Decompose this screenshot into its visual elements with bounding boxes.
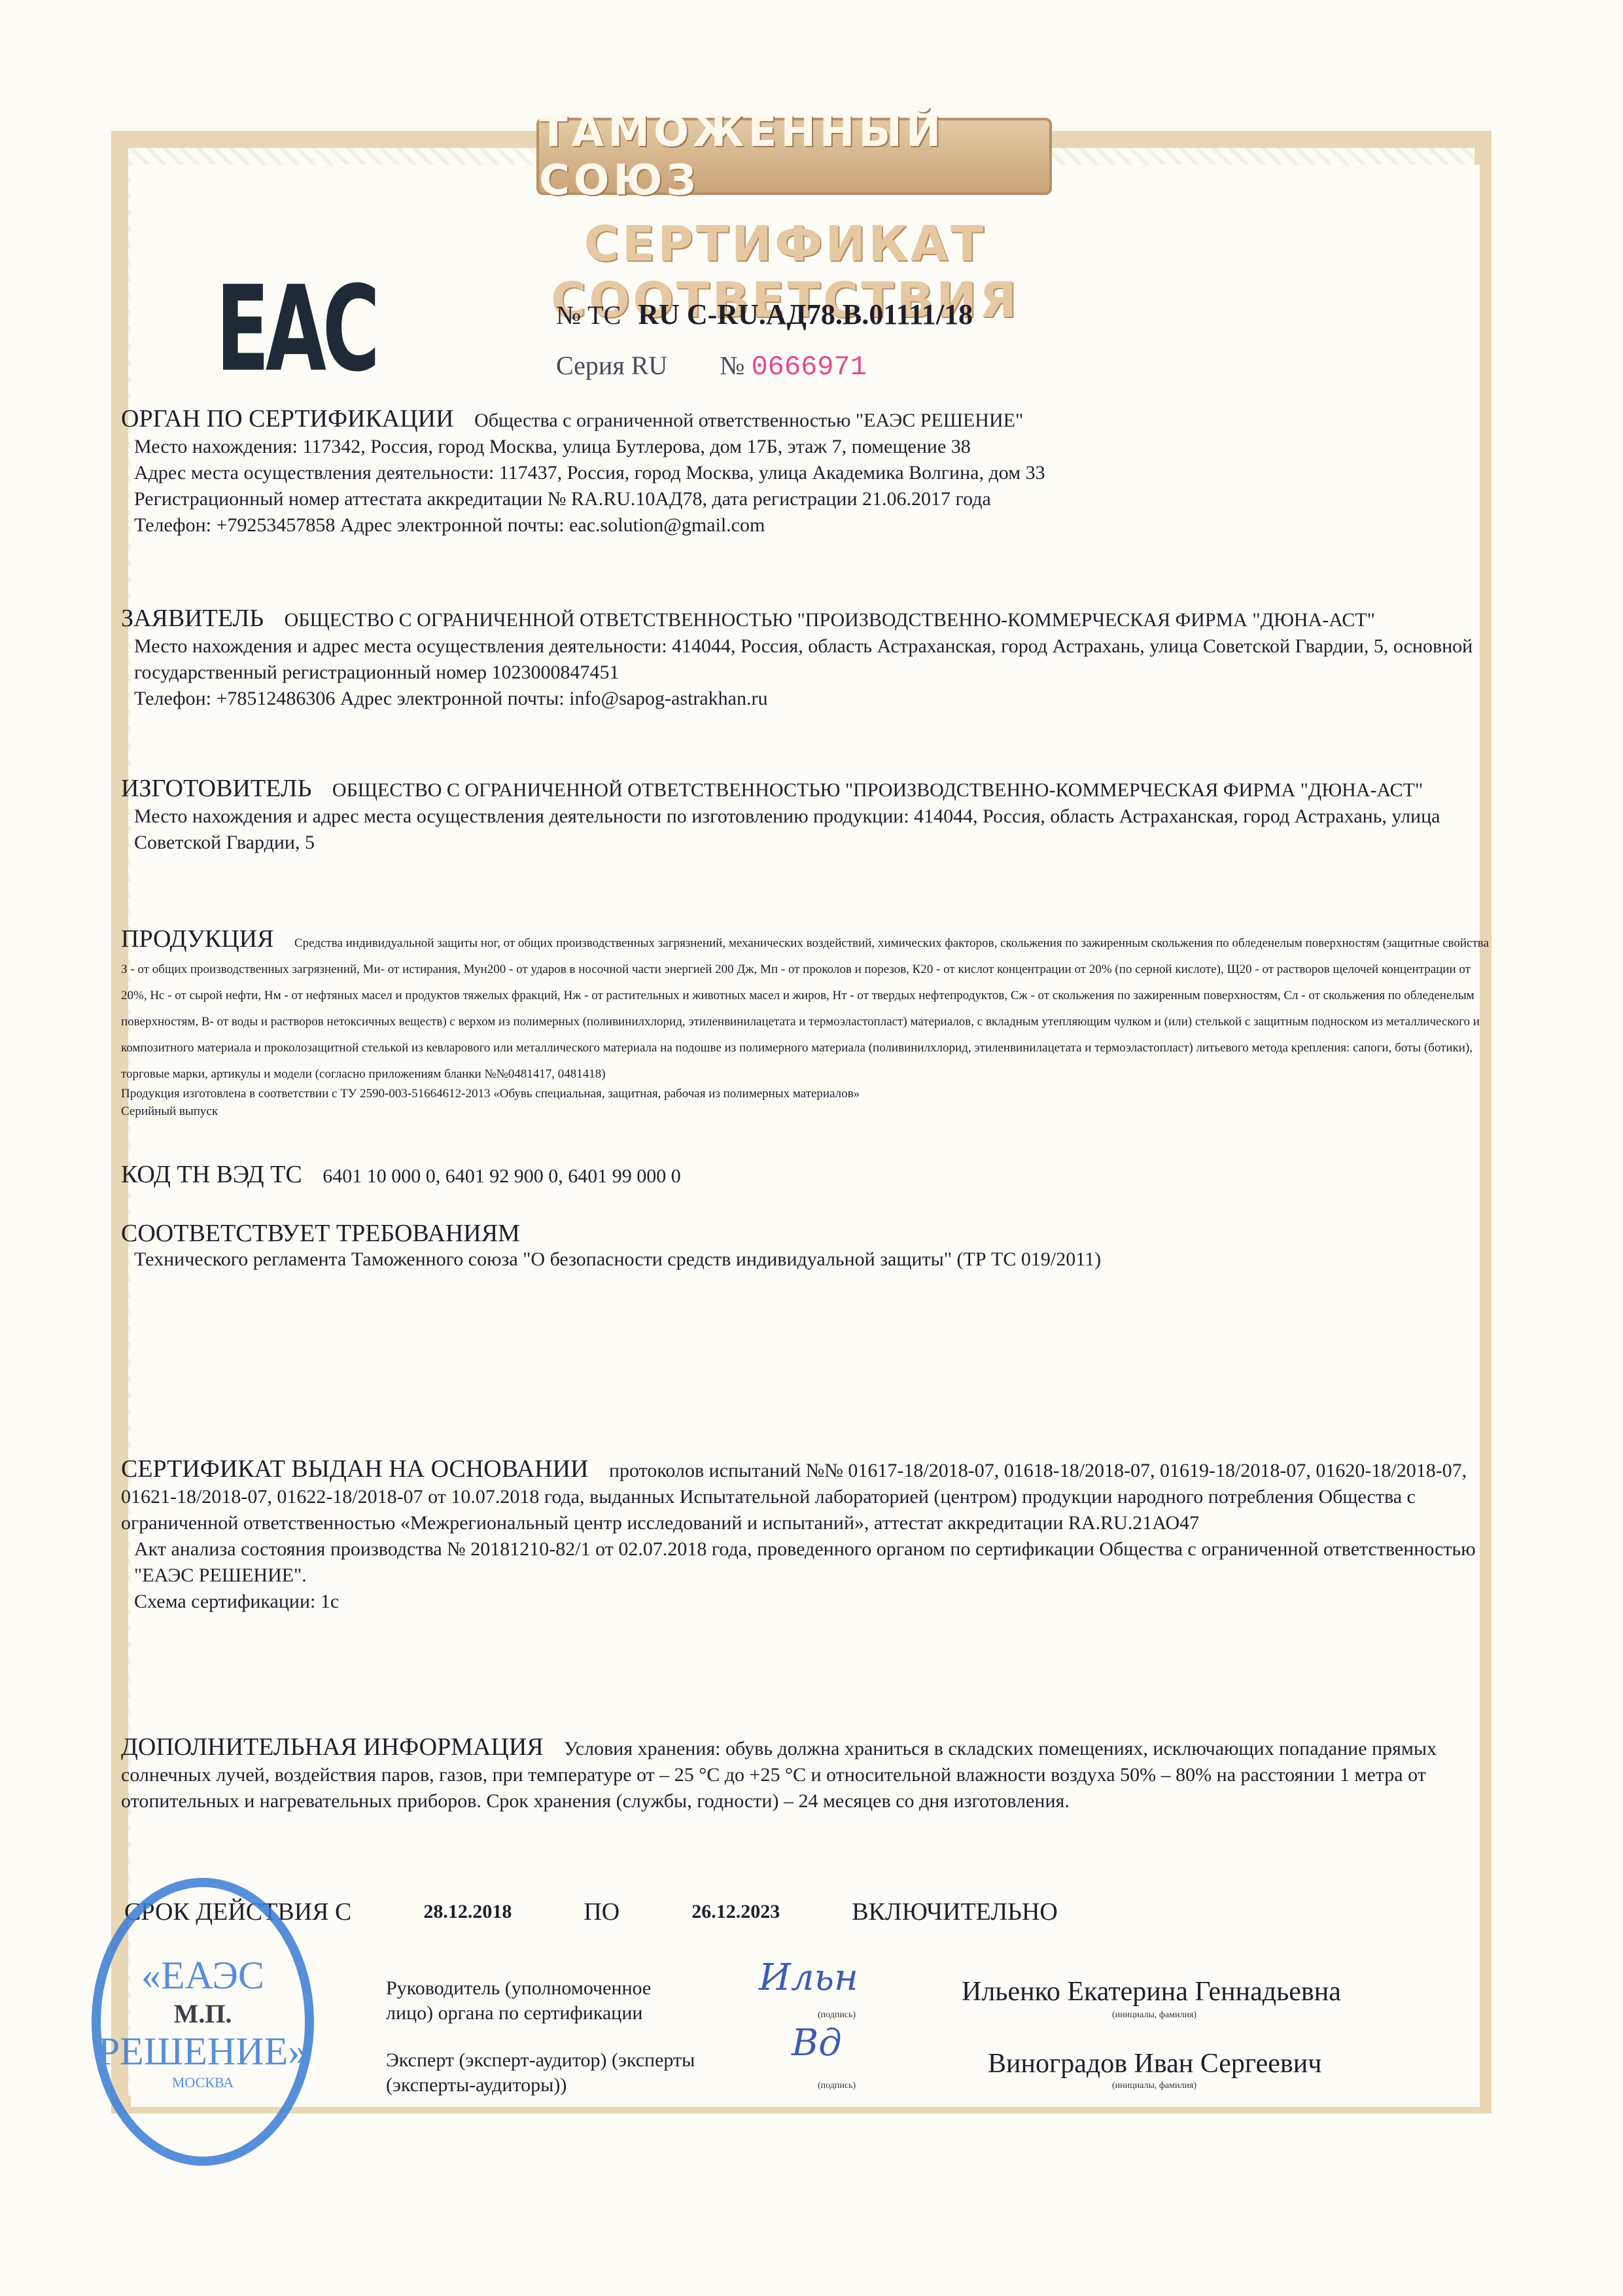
requirements-section: СООТВЕТСТВУЕТ ТРЕБОВАНИЯМ Технического р… [121, 1220, 1495, 1273]
signature-caption: (подпись) [818, 2010, 856, 2021]
stamp-city: МОСКВА [172, 2074, 234, 2091]
series-no-label: № [720, 351, 744, 380]
cert-body-line: Телефон: +79253457858 Адрес электронной … [121, 512, 1495, 539]
certification-body-section: ОРГАН ПО СЕРТИФИКАЦИИ Общества с огранич… [121, 406, 1495, 539]
validity-to-date: 26.12.2023 [691, 1901, 780, 1923]
applicant-name: ОБЩЕСТВО С ОГРАНИЧЕННОЙ ОТВЕТСТВЕННОСТЬЮ… [285, 609, 1375, 631]
basis-scheme: Схема сертификации: 1с [121, 1589, 1495, 1615]
expert-role: Эксперт (эксперт-аудитор) (эксперты (экс… [386, 2048, 726, 2098]
validity-to-label: ПО [584, 1898, 620, 1926]
product-release: Серийный выпуск [121, 1103, 1495, 1120]
stamp-text: «ЕАЭС [141, 1953, 264, 1998]
head-role: Руководитель (уполномоченное лицо) орган… [386, 1976, 700, 2026]
applicant-line: Телефон: +78512486306 Адрес электронной … [121, 686, 1495, 712]
series-label: Серия RU [556, 351, 667, 380]
expert-signature-icon: Вд [792, 2022, 842, 2064]
product-standard: Продукция изготовлена в соответствии с Т… [121, 1085, 1495, 1103]
cert-body-line: Адрес места осуществления деятельности: … [121, 460, 1495, 486]
section-heading: ИЗГОТОВИТЕЛЬ [121, 775, 311, 802]
manufacturer-line: Место нахождения и адрес места осуществл… [121, 804, 1495, 856]
additional-info-section: ДОПОЛНИТЕЛЬНАЯ ИНФОРМАЦИЯ Условия хранен… [121, 1734, 1495, 1814]
head-name: Ильенко Екатерина Геннадьевна [962, 1976, 1341, 2007]
cert-body-line: Регистрационный номер аттестата аккредит… [121, 486, 1495, 512]
seal-stamp-icon: «ЕАЭС М.П. РЕШЕНИЕ» МОСКВА [92, 1878, 314, 2166]
eac-logo-icon: EAC [216, 262, 376, 398]
head-signature-icon: Ильн [759, 1956, 858, 1999]
stamp-text: РЕШЕНИЕ» [98, 2029, 308, 2074]
signature-caption: (подпись) [818, 2081, 856, 2091]
cert-body-line: Место нахождения: 117342, Россия, город … [121, 434, 1495, 460]
manufacturer-name: ОБЩЕСТВО С ОГРАНИЧЕННОЙ ОТВЕТСТВЕННОСТЬЮ… [332, 779, 1423, 801]
expert-name: Виноградов Иван Сергеевич [988, 2048, 1321, 2079]
basis-act: Акт анализа состояния производства № 201… [121, 1536, 1495, 1589]
validity-suffix: ВКЛЮЧИТЕЛЬНО [852, 1898, 1058, 1926]
section-heading: СЕРТИФИКАТ ВЫДАН НА ОСНОВАНИИ [121, 1455, 588, 1483]
name-caption: (инициалы, фамилия) [1112, 2081, 1196, 2091]
number-label: № ТС [556, 300, 621, 330]
applicant-section: ЗАЯВИТЕЛЬ ОБЩЕСТВО С ОГРАНИЧЕННОЙ ОТВЕТС… [121, 605, 1495, 712]
customs-union-banner: ТАМОЖЕННЫЙ СОЮЗ [536, 118, 1052, 195]
manufacturer-section: ИЗГОТОВИТЕЛЬ ОБЩЕСТВО С ОГРАНИЧЕННОЙ ОТВ… [121, 775, 1495, 856]
section-heading: ПРОДУКЦИЯ [121, 925, 273, 953]
series-number: 0666971 [751, 351, 866, 383]
section-heading: ДОПОЛНИТЕЛЬНАЯ ИНФОРМАЦИЯ [121, 1733, 544, 1761]
cert-body-name: Общества с ограниченной ответственностью… [474, 410, 1023, 431]
hs-code-value: 6401 10 000 0, 6401 92 900 0, 6401 99 00… [323, 1165, 681, 1187]
name-caption: (инициалы, фамилия) [1112, 2010, 1196, 2021]
validity-from-date: 28.12.2018 [423, 1901, 512, 1923]
section-heading: ОРГАН ПО СЕРТИФИКАЦИИ [121, 405, 454, 433]
section-heading: КОД ТН ВЭД ТС [121, 1161, 302, 1188]
certificate-number: № ТС RU C-RU.АД78.В.01111/18 [556, 298, 973, 331]
applicant-line: Место нахождения и адрес места осуществл… [121, 633, 1495, 686]
hs-code-section: КОД ТН ВЭД ТС 6401 10 000 0, 6401 92 900… [121, 1161, 1495, 1190]
series-line: Серия RU № 0666971 [556, 350, 867, 383]
product-section: ПРОДУКЦИЯ Средства индивидуальной защиты… [121, 926, 1495, 1120]
stamp-mp: М.П. [174, 1998, 232, 2029]
number-value: RU C-RU.АД78.В.01111/18 [638, 298, 973, 330]
basis-section: СЕРТИФИКАТ ВЫДАН НА ОСНОВАНИИ протоколов… [121, 1456, 1495, 1615]
requirements-value: Технического регламента Таможенного союз… [121, 1246, 1495, 1273]
section-heading: СООТВЕТСТВУЕТ ТРЕБОВАНИЯМ [121, 1220, 1479, 1246]
section-heading: ЗАЯВИТЕЛЬ [121, 605, 264, 632]
product-description: Средства индивидуальной защиты ног, от о… [121, 936, 1489, 1081]
